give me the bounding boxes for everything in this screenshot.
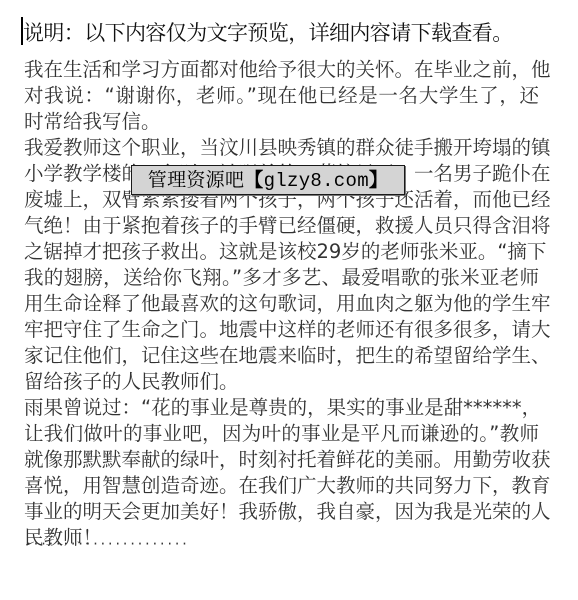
document-body: 我在生活和学习方面都对他给予很大的关怀。在毕业之前，他 对我说：“谢谢你，老师。… xyxy=(24,57,544,551)
watermark-url[interactable]: glzy8.com xyxy=(264,170,369,192)
text-line: 用生命诠释了他最喜欢的这句歌词，用血肉之躯为他的学生牢 xyxy=(24,291,539,317)
watermark-bracket-close: 】 xyxy=(369,169,388,191)
text-line: 雨果曾说过：“花的事业是尊贵的，果实的事业是甜******， xyxy=(24,395,539,421)
text-line: 事业的明天会更加美好！我骄傲，我自豪，因为我是光荣的人 xyxy=(24,499,539,525)
text-line: 我在生活和学习方面都对他给予很大的关怀。在毕业之前，他 xyxy=(24,57,539,83)
text-line: 我爱教师这个职业，当汶川县映秀镇的群众徒手搬开垮塌的镇 xyxy=(24,135,539,161)
watermark-site-name: 管理资源吧 xyxy=(148,169,245,191)
text-line: 对我说：“谢谢你，老师。”现在他已经是一名大学生了，还 xyxy=(24,83,539,109)
text-line: 留给孩子的人民教师们。 xyxy=(24,369,544,395)
watermark-bracket-open: 【 xyxy=(244,169,263,191)
text-line: 之锯掉才把孩子救出。这就是该校29岁的老师张米亚。“摘下 xyxy=(24,239,539,265)
trailing-dots: ······················ xyxy=(25,537,188,551)
text-line: 我的翅膀，送给你飞翔。”多才多艺、最爱唱歌的张米亚老师 xyxy=(24,265,539,291)
text-line: 气绝！由于紧抱着孩子的手臂已经僵硬，救援人员只得含泪将 xyxy=(24,213,539,239)
text-line: 牢把守住了生命之门。地震中这样的老师还有很多很多，请大 xyxy=(24,317,539,343)
text-line: 家记住他们，记住这些在地震来临时，把生的希望留给学生、 xyxy=(24,343,539,369)
preview-notice: 说明：以下内容仅为文字预览，详细内容请下载查看。 xyxy=(23,18,513,48)
text-line: 时常给我写信。 xyxy=(24,109,544,135)
watermark-banner[interactable]: 管理资源吧【glzy8.com】 xyxy=(131,165,405,195)
text-line: 喜悦，用智慧创造奇迹。在我们广大教师的共同努力下，教育 xyxy=(24,473,539,499)
text-line: 让我们做叶的事业吧，因为叶的事业是平凡而谦逊的。”教师 xyxy=(24,421,539,447)
text-line: 就像那默默奉献的绿叶，时刻衬托着鲜花的美丽。用勤劳收获 xyxy=(24,447,539,473)
